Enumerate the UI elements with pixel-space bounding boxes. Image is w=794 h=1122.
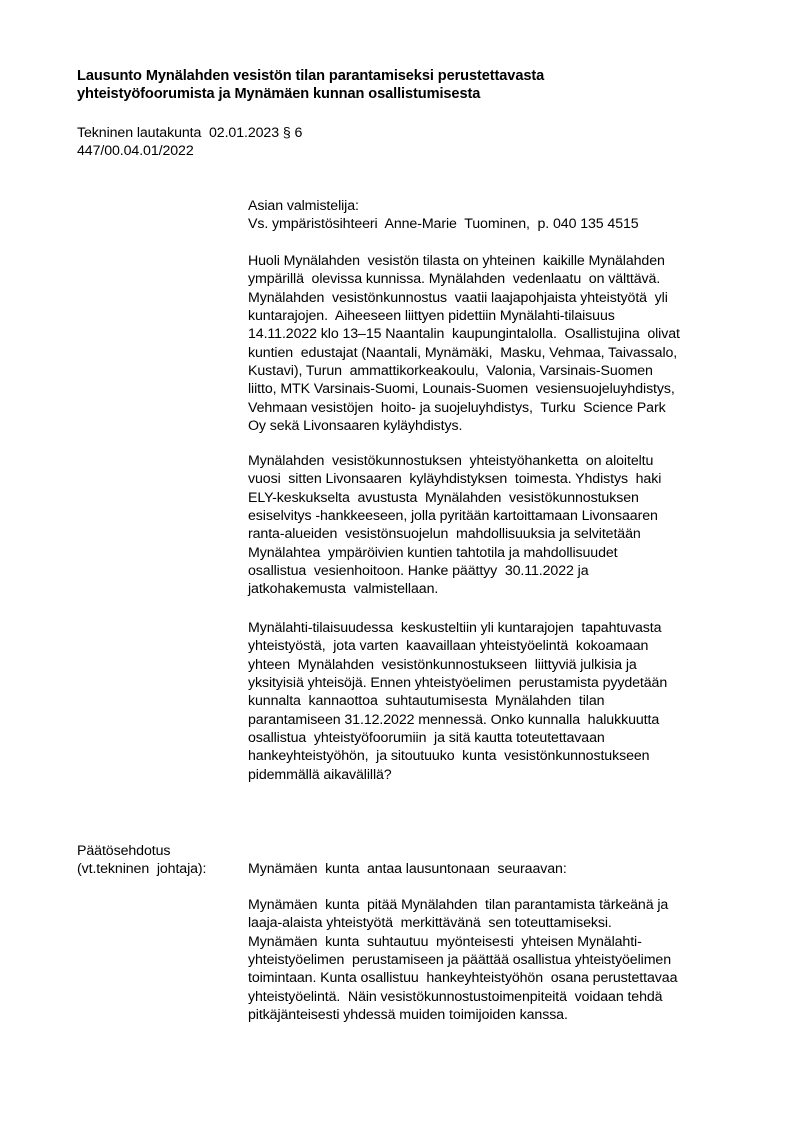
paragraph-3-line: yksityisiä yhteisöjä. Ennen yhteistyöeli… [248,674,667,692]
preparer-label: Asian valmistelija: [248,197,359,215]
paragraph-2-line: vuosi sitten Livonsaaren kyläyhdistyksen… [248,470,661,488]
paragraph-2-line: osallistua vesienhoitoon. Hanke päättyy … [248,562,589,580]
document-title-line-2: yhteistyöfoorumista ja Mynämäen kunnan o… [77,85,480,103]
paragraph-3-line: Mynälahti-tilaisuudessa keskusteltiin yl… [248,619,661,637]
paragraph-2-line: Mynälahtea ympäröivien kuntien tahtotila… [248,544,618,562]
record-number: 447/00.04.01/2022 [77,142,194,160]
proposal-label-line-1: Päätösehdotus [77,842,170,860]
paragraph-3-line: hankeyhteistyöhön, ja sitoutuuko kunta v… [248,747,649,765]
paragraph-1-line: kuntarajojen. Aiheeseen liittyen pidetti… [248,307,615,325]
paragraph-1-line: ympärillä olevissa kunnissa. Mynälahden … [248,270,660,288]
paragraph-2-line: Mynälahden vesistökunnostuksen yhteistyö… [248,452,653,470]
paragraph-1-line: Mynälahden vesistönkunnostus vaatii laaj… [248,289,668,307]
paragraph-1-line: 14.11.2022 klo 13–15 Naantalin kaupungin… [248,325,680,343]
proposal-line: yhteistyöelintä. Näin vesistökunnostusto… [248,988,662,1006]
paragraph-1-line: Kustavi), Turun ammattikorkeakoulu, Valo… [248,362,653,380]
paragraph-2-line: jatkohakemusta valmistellaan. [248,580,438,598]
preparer: Vs. ympäristösihteeri Anne-Marie Tuomine… [248,215,639,233]
paragraph-3-line: yhteistyöstä, jota varten kaavaillaan yh… [248,637,648,655]
paragraph-1-line: Oy sekä Livonsaaren kyläyhdistys. [248,417,462,435]
paragraph-3-line: kunnalta kannaottoa suhtautumisesta Mynä… [248,692,604,710]
proposal-line: laaja-alaista yhteistyötä merkittävänä s… [248,914,612,932]
paragraph-3-line: parantamiseen 31.12.2022 mennessä. Onko … [248,711,659,729]
proposal-label-line-2: (vt.tekninen johtaja): [77,860,206,878]
paragraph-1-line: kuntien edustajat (Naantali, Mynämäki, M… [248,344,677,362]
paragraph-3-line: osallistua yhteistyöfoorumiin ja sitä ka… [248,729,605,747]
paragraph-2-line: esiselvitys -hankkeeseen, jolla pyritään… [248,507,658,525]
paragraph-3-line: yhteen Mynälahden vesistönkunnostukseen … [248,656,637,674]
proposal-line: Mynämäen kunta pitää Mynälahden tilan pa… [248,896,668,914]
proposal-line: toimintaan. Kunta osallistuu hankeyhteis… [248,969,677,987]
paragraph-1-line: Vehmaan vesistöjen hoito- ja suojeluyhdi… [248,399,666,417]
proposal-line: yhteistyöelimen perustamiseen ja päättää… [248,951,671,969]
paragraph-3-line: pidemmällä aikavälillä? [248,766,392,784]
proposal-intro: Mynämäen kunta antaa lausuntonaan seuraa… [248,860,567,878]
paragraph-2-line: ranta-alueiden vesistönsuojelun mahdolli… [248,525,641,543]
paragraph-1-line: Huoli Mynälahden vesistön tilasta on yht… [248,252,665,270]
paragraph-2-line: ELY-keskukselta avustusta Mynälahden ves… [248,489,639,507]
proposal-line: pitkäjänteisesti yhdessä muiden toimijoi… [248,1006,568,1024]
document-title-line-1: Lausunto Mynälahden vesistön tilan paran… [77,67,544,85]
meeting-info: Tekninen lautakunta 02.01.2023 § 6 [77,124,302,142]
paragraph-1-line: liitto, MTK Varsinais-Suomi, Lounais-Suo… [248,380,675,398]
proposal-line: Mynämäen kunta suhtautuu myönteisesti yh… [248,933,642,951]
